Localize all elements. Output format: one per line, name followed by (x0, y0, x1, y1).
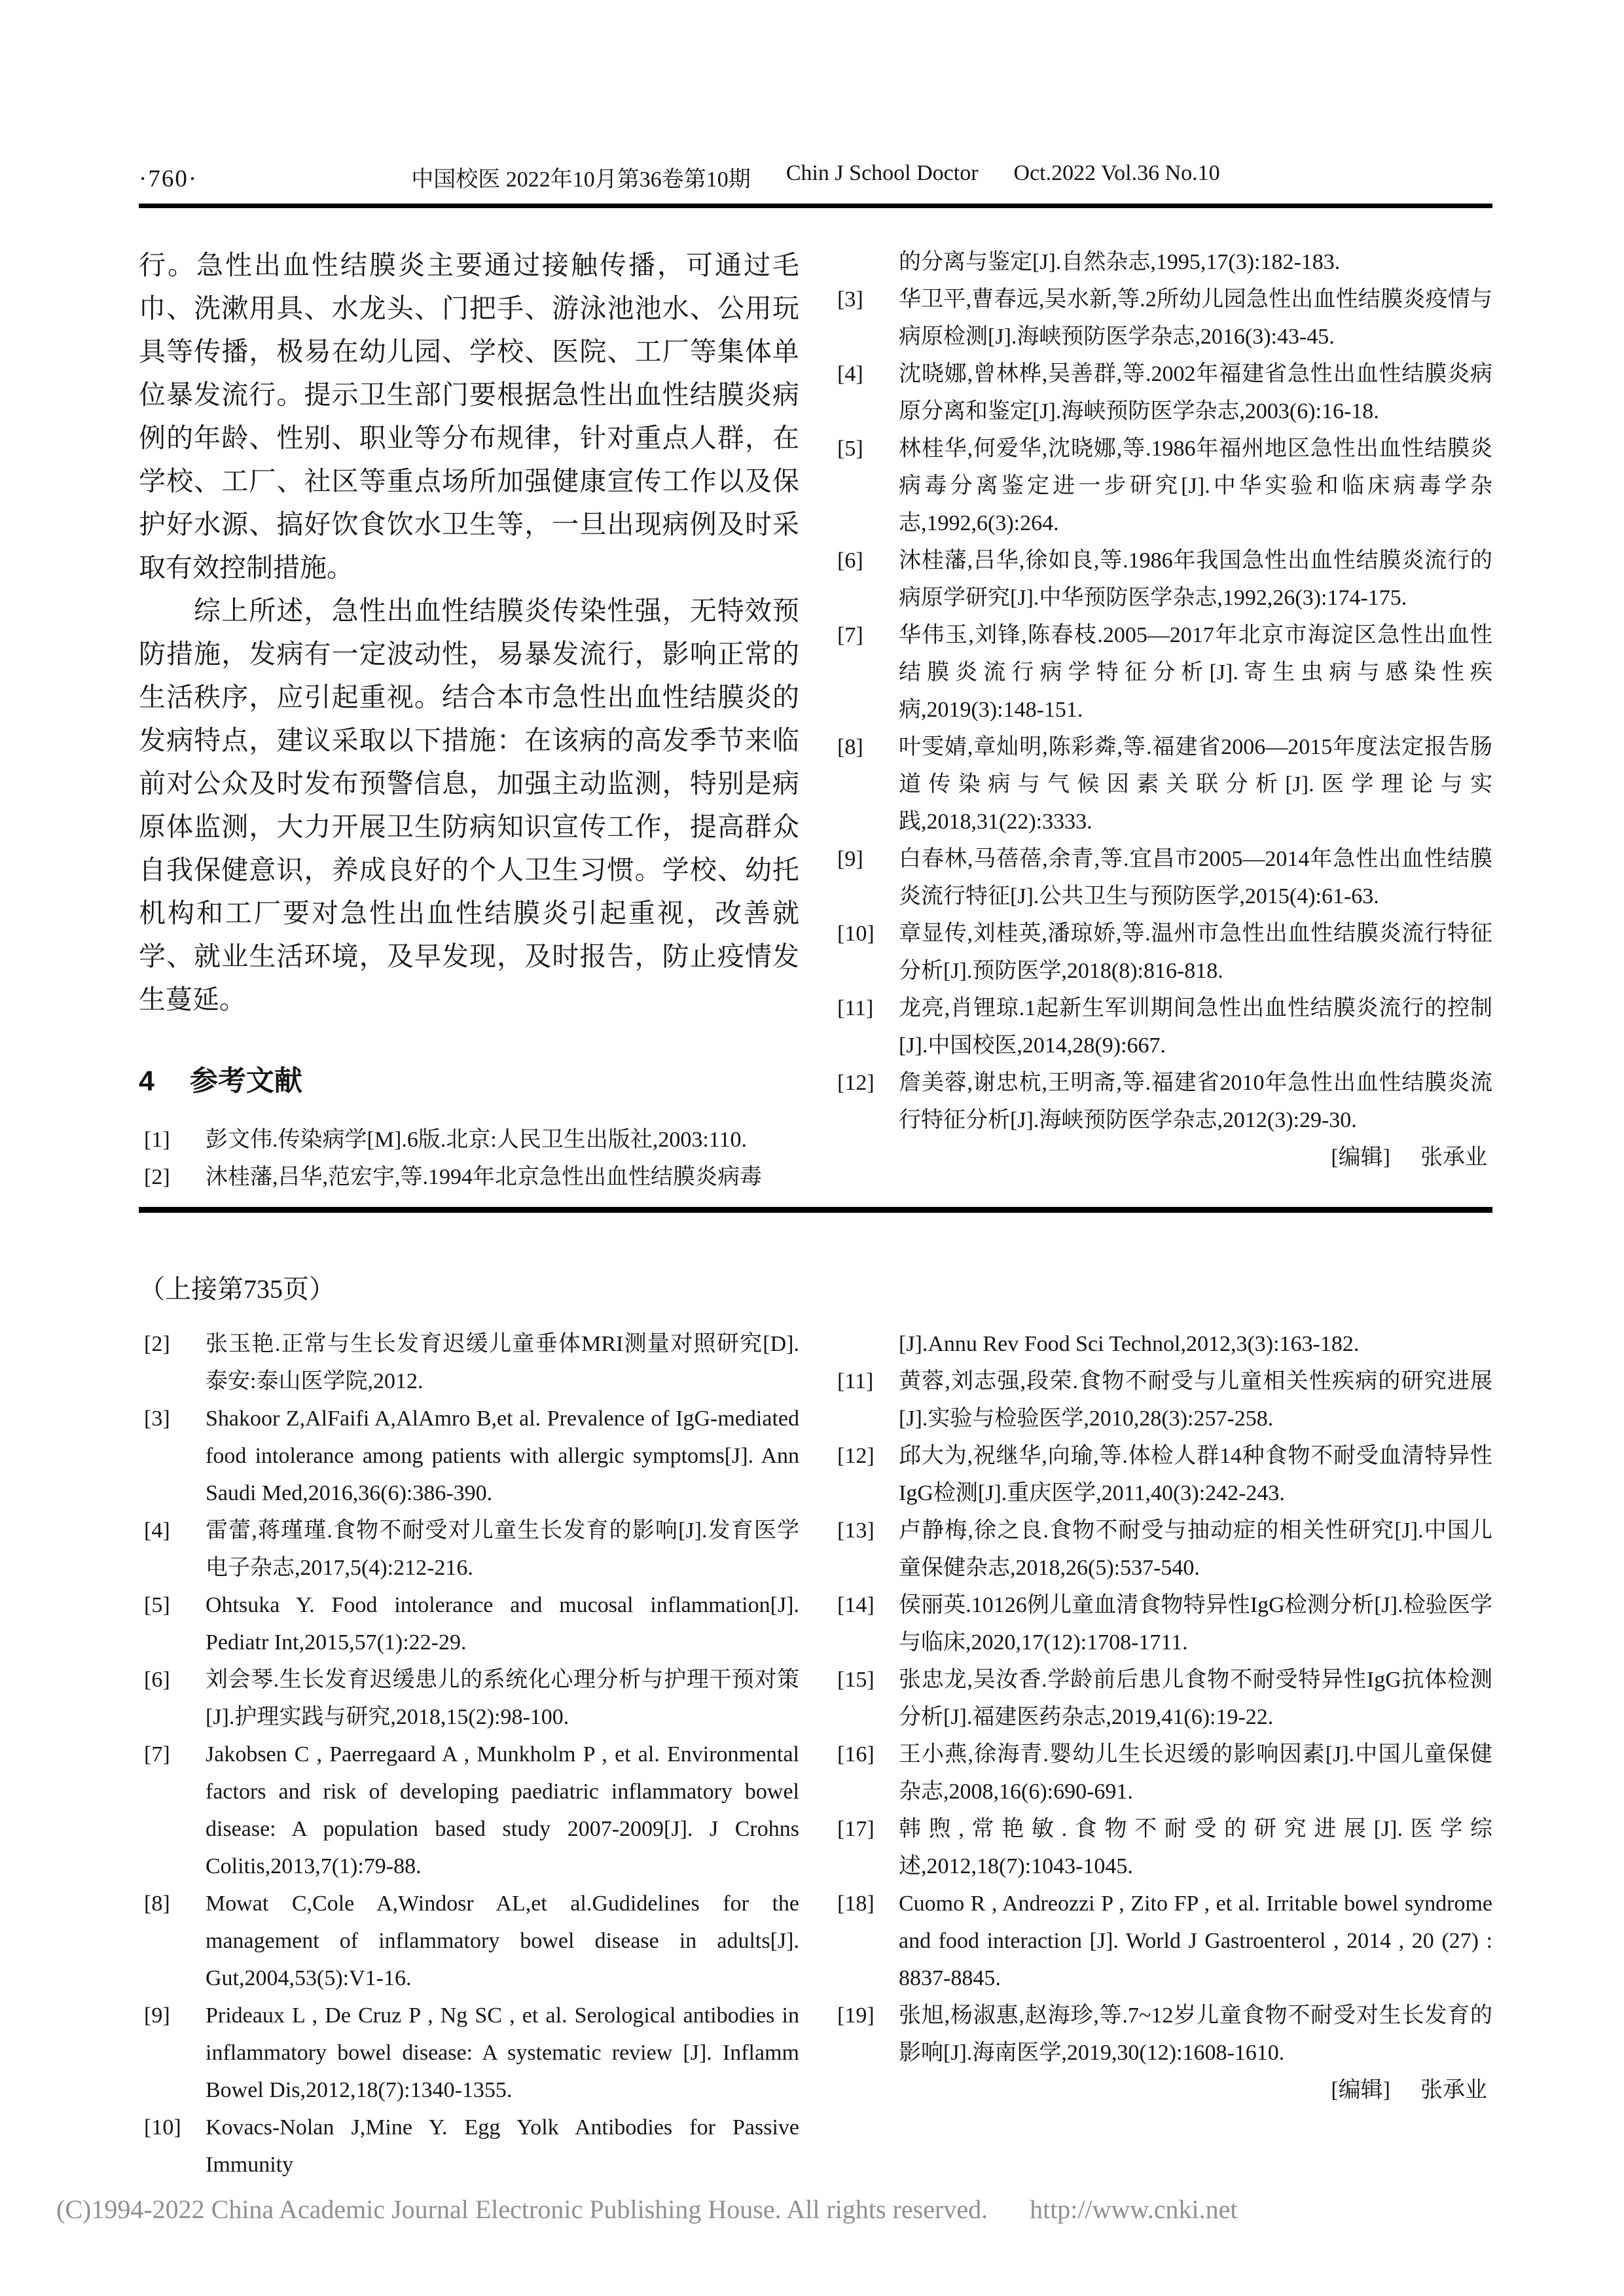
cnki-url: http://www.cnki.net (1030, 2195, 1237, 2224)
reference-text: Prideaux L , De Cruz P , Ng SC , et al. … (206, 2003, 799, 2102)
reference-text: 张忠龙,吴汝香.学龄前后患儿食物不耐受特异性IgG抗体检测分析[J].福建医药杂… (899, 1668, 1492, 1729)
reference-item: [4] 沈晓娜,曾林桦,吴善群,等.2002年福建省急性出血性结膜炎病原分离和鉴… (832, 355, 1492, 430)
reference-text: 白春林,马蓓蓓,余青,等.宜昌市2005—2014年急性出血性结膜炎流行特征[J… (899, 847, 1492, 908)
copyright-footer: (C)1994-2022 China Academic Journal Elec… (56, 2194, 1237, 2225)
reference-text: 叶雯婧,章灿明,陈彩粦,等.福建省2006—2015年度法定报告肠道传染病与气候… (899, 735, 1492, 834)
reference-text: Cuomo R , Andreozzi P , Zito FP , et al.… (899, 1892, 1492, 1990)
reference-list-article1-right: 的分离与鉴定[J].自然杂志,1995,17(3):182-183. [3] 华… (832, 243, 1492, 1139)
reference-list-article1-left: [1] 彭文伟.传染病学[M].6版.北京:人民卫生出版社,2003:110. … (139, 1121, 799, 1196)
reference-label: [4] (837, 355, 863, 393)
left-column-article1: 行。急性出血性结膜炎主要通过接触传播，可通过毛巾、洗漱用具、水龙头、门把手、游泳… (139, 243, 799, 1207)
reference-item: [10] Kovacs-Nolan J,Mine Y. Egg Yolk Ant… (139, 2109, 799, 2183)
reference-label: [7] (837, 617, 863, 654)
editor-line-article1: [编辑]张承业 (832, 1139, 1492, 1176)
reference-item: [2] 张玉艳.正常与生长发育迟缓儿童垂体MRI测量对照研究[D].泰安:泰山医… (139, 1325, 799, 1400)
reference-label: [3] (144, 1400, 170, 1437)
reference-label: [16] (837, 1736, 875, 1773)
reference-item: [5] Ohtsuka Y. Food intolerance and muco… (139, 1587, 799, 1661)
header-rule (139, 204, 1492, 208)
reference-label: [19] (837, 1997, 875, 2034)
reference-label: [12] (837, 1064, 875, 1102)
editor-label: [编辑] (1331, 1145, 1390, 1170)
reference-text: Shakoor Z,AlFaifi A,AlAmro B,et al. Prev… (206, 1407, 799, 1505)
reference-item: [2] 沐桂藩,吕华,范宏宇,等.1994年北京急性出血性结膜炎病毒 (139, 1158, 799, 1196)
reference-text: [J].Annu Rev Food Sci Technol,2012,3(3):… (899, 1332, 1359, 1356)
reference-item: [13] 卢静梅,徐之良.食物不耐受与抽动症的相关性研究[J].中国儿童保健杂志… (832, 1512, 1492, 1587)
reference-item: [14] 侯丽英.10126例儿童血清食物特异性IgG检测分析[J].检验医学与… (832, 1587, 1492, 1661)
reference-text: 刘会琴.生长发育迟缓患儿的系统化心理分析与护理干预对策[J].护理实践与研究,2… (206, 1668, 799, 1729)
continued-article-section: （上接第735页） [2] 张玉艳.正常与生长发育迟缓儿童垂体MRI测量对照研究… (139, 1269, 1492, 2183)
reference-label: [2] (144, 1158, 170, 1196)
reference-label: [18] (837, 1885, 875, 1922)
reference-text: 韩煦,常艳敏.食物不耐受的研究进展[J].医学综述,2012,18(7):104… (899, 1817, 1492, 1878)
reference-item: 的分离与鉴定[J].自然杂志,1995,17(3):182-183. (832, 243, 1492, 281)
reference-item: [3] Shakoor Z,AlFaifi A,AlAmro B,et al. … (139, 1400, 799, 1512)
reference-item: [11] 黄蓉,刘志强,段荣.食物不耐受与儿童相关性疾病的研究进展[J].实验与… (832, 1363, 1492, 1437)
reference-item: [8] 叶雯婧,章灿明,陈彩粦,等.福建省2006—2015年度法定报告肠道传染… (832, 728, 1492, 840)
reference-label: [8] (837, 728, 863, 766)
section-divider-rule (139, 1207, 1492, 1213)
right-column-article2: [J].Annu Rev Food Sci Technol,2012,3(3):… (832, 1269, 1492, 2183)
reference-item: [11] 龙亮,肖锂琼.1起新生军训期间急性出血性结膜炎流行的控制[J].中国校… (832, 990, 1492, 1064)
reference-item: [7] 华伟玉,刘锋,陈春枝.2005—2017年北京市海淀区急性出血性结膜炎流… (832, 617, 1492, 728)
reference-label: [10] (837, 915, 875, 952)
reference-item: [10] 章显传,刘桂英,潘琼娇,等.温州市急性出血性结膜炎流行特征分析[J].… (832, 915, 1492, 990)
reference-item: [6] 刘会琴.生长发育迟缓患儿的系统化心理分析与护理干预对策[J].护理实践与… (139, 1661, 799, 1736)
reference-label: [14] (837, 1587, 875, 1624)
reference-text: 彭文伟.传染病学[M].6版.北京:人民卫生出版社,2003:110. (206, 1128, 747, 1152)
reference-text: 沐桂藩,吕华,范宏宇,等.1994年北京急性出血性结膜炎病毒 (206, 1165, 762, 1189)
reference-label: [10] (144, 2109, 181, 2146)
reference-label: [15] (837, 1661, 875, 1698)
reference-text: 邱大为,祝继华,向瑜,等.体检人群14种食物不耐受血清特异性IgG检测[J].重… (899, 1444, 1492, 1505)
reference-list-article2-right: [J].Annu Rev Food Sci Technol,2012,3(3):… (832, 1325, 1492, 2072)
reference-text: 卢静梅,徐之良.食物不耐受与抽动症的相关性研究[J].中国儿童保健杂志,2018… (899, 1518, 1492, 1580)
journal-title-cn: 中国校医 2022年10月第36卷第10期 (411, 161, 751, 193)
reference-text: Jakobsen C , Paerregaard A , Munkholm P … (206, 1742, 799, 1878)
reference-text: Mowat C,Cole A,Windosr AL,et al.Gudideli… (206, 1892, 799, 1990)
reference-label: [13] (837, 1512, 875, 1549)
reference-label: [4] (144, 1512, 170, 1549)
reference-item: [6] 沐桂藩,吕华,徐如良,等.1986年我国急性出血性结膜炎流行的病原学研究… (832, 542, 1492, 617)
left-column-article2: （上接第735页） [2] 张玉艳.正常与生长发育迟缓儿童垂体MRI测量对照研究… (139, 1269, 799, 2183)
reference-label: [1] (144, 1121, 170, 1158)
reference-label: [7] (144, 1736, 170, 1773)
reference-text: 沐桂藩,吕华,徐如良,等.1986年我国急性出血性结膜炎流行的病原学研究[J].… (899, 548, 1492, 610)
reference-label: [17] (837, 1810, 875, 1848)
page-content: ·760· 中国校医 2022年10月第36卷第10期 Chin J Schoo… (139, 0, 1492, 2183)
references-heading-title: 参考文献 (190, 1066, 302, 1097)
reference-item: [17] 韩煦,常艳敏.食物不耐受的研究进展[J].医学综述,2012,18(7… (832, 1810, 1492, 1885)
reference-text: 黄蓉,刘志强,段荣.食物不耐受与儿童相关性疾病的研究进展[J].实验与检验医学,… (899, 1369, 1492, 1431)
reference-label: [8] (144, 1885, 170, 1922)
journal-header-center: 中国校医 2022年10月第36卷第10期 Chin J School Doct… (296, 161, 1335, 193)
editor-line-article2: [编辑]张承业 (832, 2072, 1492, 2109)
reference-item: [4] 雷蕾,蒋瑾瑾.食物不耐受对儿童生长发育的影响[J].发育医学电子杂志,2… (139, 1512, 799, 1587)
reference-text: Ohtsuka Y. Food intolerance and mucosal … (206, 1593, 799, 1655)
reference-item: [18] Cuomo R , Andreozzi P , Zito FP , e… (832, 1885, 1492, 1997)
journal-title-en: Chin J School Doctor (786, 161, 979, 193)
reference-item: [9] 白春林,马蓓蓓,余青,等.宜昌市2005—2014年急性出血性结膜炎流行… (832, 840, 1492, 915)
right-column-article1: 的分离与鉴定[J].自然杂志,1995,17(3):182-183. [3] 华… (832, 243, 1492, 1207)
page-header: ·760· 中国校医 2022年10月第36卷第10期 Chin J Schoo… (139, 161, 1492, 193)
reference-label: [6] (837, 542, 863, 579)
reference-list-article2-left: [2] 张玉艳.正常与生长发育迟缓儿童垂体MRI测量对照研究[D].泰安:泰山医… (139, 1325, 799, 2183)
reference-label: [11] (837, 1363, 873, 1400)
reference-item: [9] Prideaux L , De Cruz P , Ng SC , et … (139, 1997, 799, 2109)
references-heading-number: 4 (139, 1066, 154, 1097)
reference-item: [7] Jakobsen C , Paerregaard A , Munkhol… (139, 1736, 799, 1885)
reference-label: [3] (837, 281, 863, 318)
reference-text: 张玉艳.正常与生长发育迟缓儿童垂体MRI测量对照研究[D].泰安:泰山医学院,2… (206, 1332, 799, 1393)
editor-name: 张承业 (1420, 2078, 1487, 2102)
continuation-note: （上接第735页） (139, 1269, 799, 1310)
reference-text: 的分离与鉴定[J].自然杂志,1995,17(3):182-183. (899, 250, 1340, 274)
editor-name: 张承业 (1420, 1145, 1487, 1170)
reference-label: [9] (837, 840, 863, 878)
reference-text: 沈晓娜,曾林桦,吴善群,等.2002年福建省急性出血性结膜炎病原分离和鉴定[J]… (899, 362, 1492, 423)
reference-text: 王小燕,徐海青.婴幼儿生长迟缓的影响因素[J].中国儿童保健杂志,2008,16… (899, 1742, 1492, 1804)
reference-text: 林桂华,何爱华,沈晓娜,等.1986年福州地区急性出血性结膜炎病毒分离鉴定进一步… (899, 437, 1492, 535)
reference-item: [8] Mowat C,Cole A,Windosr AL,et al.Gudi… (139, 1885, 799, 1997)
reference-item: [12] 詹美蓉,谢忠杭,王明斋,等.福建省2010年急性出血性结膜炎流行特征分… (832, 1064, 1492, 1139)
reference-text: 华卫平,曹春远,吴水新,等.2所幼儿园急性出血性结膜炎疫情与病原检测[J].海峡… (899, 287, 1492, 349)
reference-item: [J].Annu Rev Food Sci Technol,2012,3(3):… (832, 1325, 1492, 1363)
reference-item: [12] 邱大为,祝继华,向瑜,等.体检人群14种食物不耐受血清特异性IgG检测… (832, 1437, 1492, 1512)
reference-text: 张旭,杨淑惠,赵海珍,等.7~12岁儿童食物不耐受对生长发育的影响[J].海南医… (899, 2003, 1492, 2065)
issue-info: Oct.2022 Vol.36 No.10 (1014, 161, 1220, 193)
reference-text: Kovacs-Nolan J,Mine Y. Egg Yolk Antibodi… (206, 2115, 799, 2177)
reference-item: [15] 张忠龙,吴汝香.学龄前后患儿食物不耐受特异性IgG抗体检测分析[J].… (832, 1661, 1492, 1736)
reference-text: 龙亮,肖锂琼.1起新生军训期间急性出血性结膜炎流行的控制[J].中国校医,201… (899, 996, 1492, 1058)
reference-text: 侯丽英.10126例儿童血清食物特异性IgG检测分析[J].检验医学与临床,20… (899, 1593, 1492, 1655)
reference-label: [11] (837, 990, 873, 1027)
article-end-section: 行。急性出血性结膜炎主要通过接触传播，可通过毛巾、洗漱用具、水龙头、门把手、游泳… (139, 243, 1492, 1207)
reference-text: 华伟玉,刘锋,陈春枝.2005—2017年北京市海淀区急性出血性结膜炎流行病学特… (899, 623, 1492, 722)
reference-label: [5] (837, 430, 863, 467)
reference-label: [5] (144, 1587, 170, 1624)
reference-item: [3] 华卫平,曹春远,吴水新,等.2所幼儿园急性出血性结膜炎疫情与病原检测[J… (832, 281, 1492, 355)
reference-label: [12] (837, 1437, 875, 1475)
editor-label: [编辑] (1331, 2078, 1390, 2102)
reference-item: [1] 彭文伟.传染病学[M].6版.北京:人民卫生出版社,2003:110. (139, 1121, 799, 1158)
paragraph-conclusion-1: 行。急性出血性结膜炎主要通过接触传播，可通过毛巾、洗漱用具、水龙头、门把手、游泳… (139, 243, 799, 589)
reference-text: 章显传,刘桂英,潘琼娇,等.温州市急性出血性结膜炎流行特征分析[J].预防医学,… (899, 922, 1492, 983)
reference-item: [16] 王小燕,徐海青.婴幼儿生长迟缓的影响因素[J].中国儿童保健杂志,20… (832, 1736, 1492, 1810)
reference-text: 雷蕾,蒋瑾瑾.食物不耐受对儿童生长发育的影响[J].发育医学电子杂志,2017,… (206, 1518, 799, 1580)
references-heading: 4 参考文献 (139, 1059, 799, 1099)
reference-item: [19] 张旭,杨淑惠,赵海珍,等.7~12岁儿童食物不耐受对生长发育的影响[J… (832, 1997, 1492, 2072)
reference-label: [2] (144, 1325, 170, 1363)
reference-label: [9] (144, 1997, 170, 2034)
reference-item: [5] 林桂华,何爱华,沈晓娜,等.1986年福州地区急性出血性结膜炎病毒分离鉴… (832, 430, 1492, 542)
copyright-text: (C)1994-2022 China Academic Journal Elec… (56, 2195, 988, 2224)
journal-page: ·760· 中国校医 2022年10月第36卷第10期 Chin J Schoo… (0, 0, 1624, 2296)
page-number: ·760· (139, 165, 296, 193)
reference-text: 詹美蓉,谢忠杭,王明斋,等.福建省2010年急性出血性结膜炎流行特征分析[J].… (899, 1071, 1492, 1132)
reference-label: [6] (144, 1661, 170, 1698)
paragraph-conclusion-2: 综上所述，急性出血性结膜炎传染性强，无特效预防措施，发病有一定波动性，易暴发流行… (139, 589, 799, 1021)
